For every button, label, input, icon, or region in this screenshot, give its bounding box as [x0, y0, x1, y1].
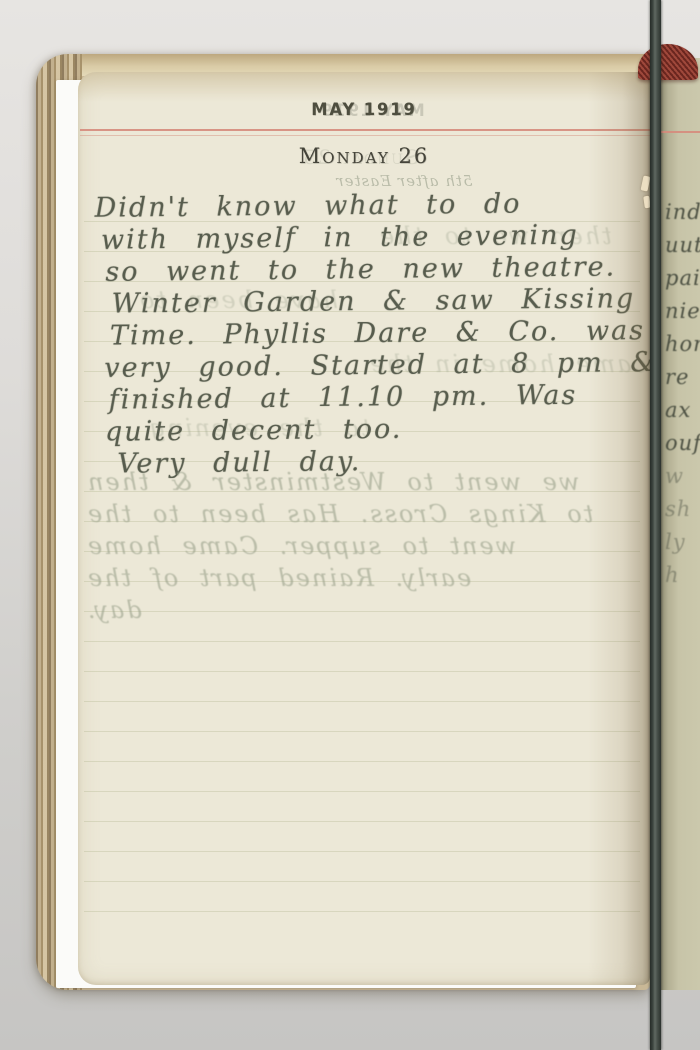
- facing-fragment: re: [665, 361, 700, 394]
- handwritten-entry: Didn't know what to do with myself in th…: [91, 187, 642, 481]
- facing-fragment: ind: [665, 196, 700, 229]
- facing-page-writing: ind uut paid nie hor re ax ouf w sh ly h: [665, 196, 700, 592]
- day-header: Monday 26: [78, 144, 650, 168]
- ribbon-bookmark: [638, 44, 698, 80]
- diary-left-page: MAY 1919 MAY 1919 Sunday 25 Monday 26 5t…: [78, 72, 650, 985]
- bleedthrough-writing: we went to Westminster & then to Kings C…: [86, 466, 638, 626]
- bleedthrough-line: we went to Westminster & then: [86, 466, 638, 498]
- red-header-rule-facing: [661, 131, 700, 133]
- facing-fragment: ly: [665, 526, 700, 559]
- month-header: MAY 1919: [89, 100, 638, 120]
- red-header-rule-faint: [80, 135, 650, 136]
- facing-fragment: w: [665, 460, 700, 493]
- bleedthrough-line: early. Rained part of the: [86, 562, 638, 594]
- facing-fragment: nie: [665, 295, 700, 328]
- facing-fragment: uut: [665, 229, 700, 262]
- facing-fragment: h: [665, 559, 700, 592]
- facing-fragment: ax: [665, 394, 700, 427]
- diary-photo-scene: MAY 1919 MAY 1919 Sunday 25 Monday 26 5t…: [0, 0, 700, 1050]
- gutter-shadow: [588, 72, 650, 985]
- page-top-shading: [78, 72, 650, 102]
- bleedthrough-line: day.: [86, 594, 638, 626]
- bleedthrough-line: to Kings Cross. Has been to the: [86, 498, 638, 530]
- facing-fragment: paid: [665, 262, 700, 295]
- bleedthrough-line: went to supper. Came home: [86, 530, 638, 562]
- facing-fragment: ouf: [665, 427, 700, 460]
- book-clamp-strip: [650, 0, 661, 1050]
- red-header-rule: [80, 129, 650, 131]
- entry-line: finished at 11.10 pm. Was: [109, 379, 641, 417]
- diary-facing-page-sliver: ind uut paid nie hor re ax ouf w sh ly h: [661, 58, 700, 990]
- facing-fragment: sh: [665, 493, 700, 526]
- facing-fragment: hor: [665, 328, 700, 361]
